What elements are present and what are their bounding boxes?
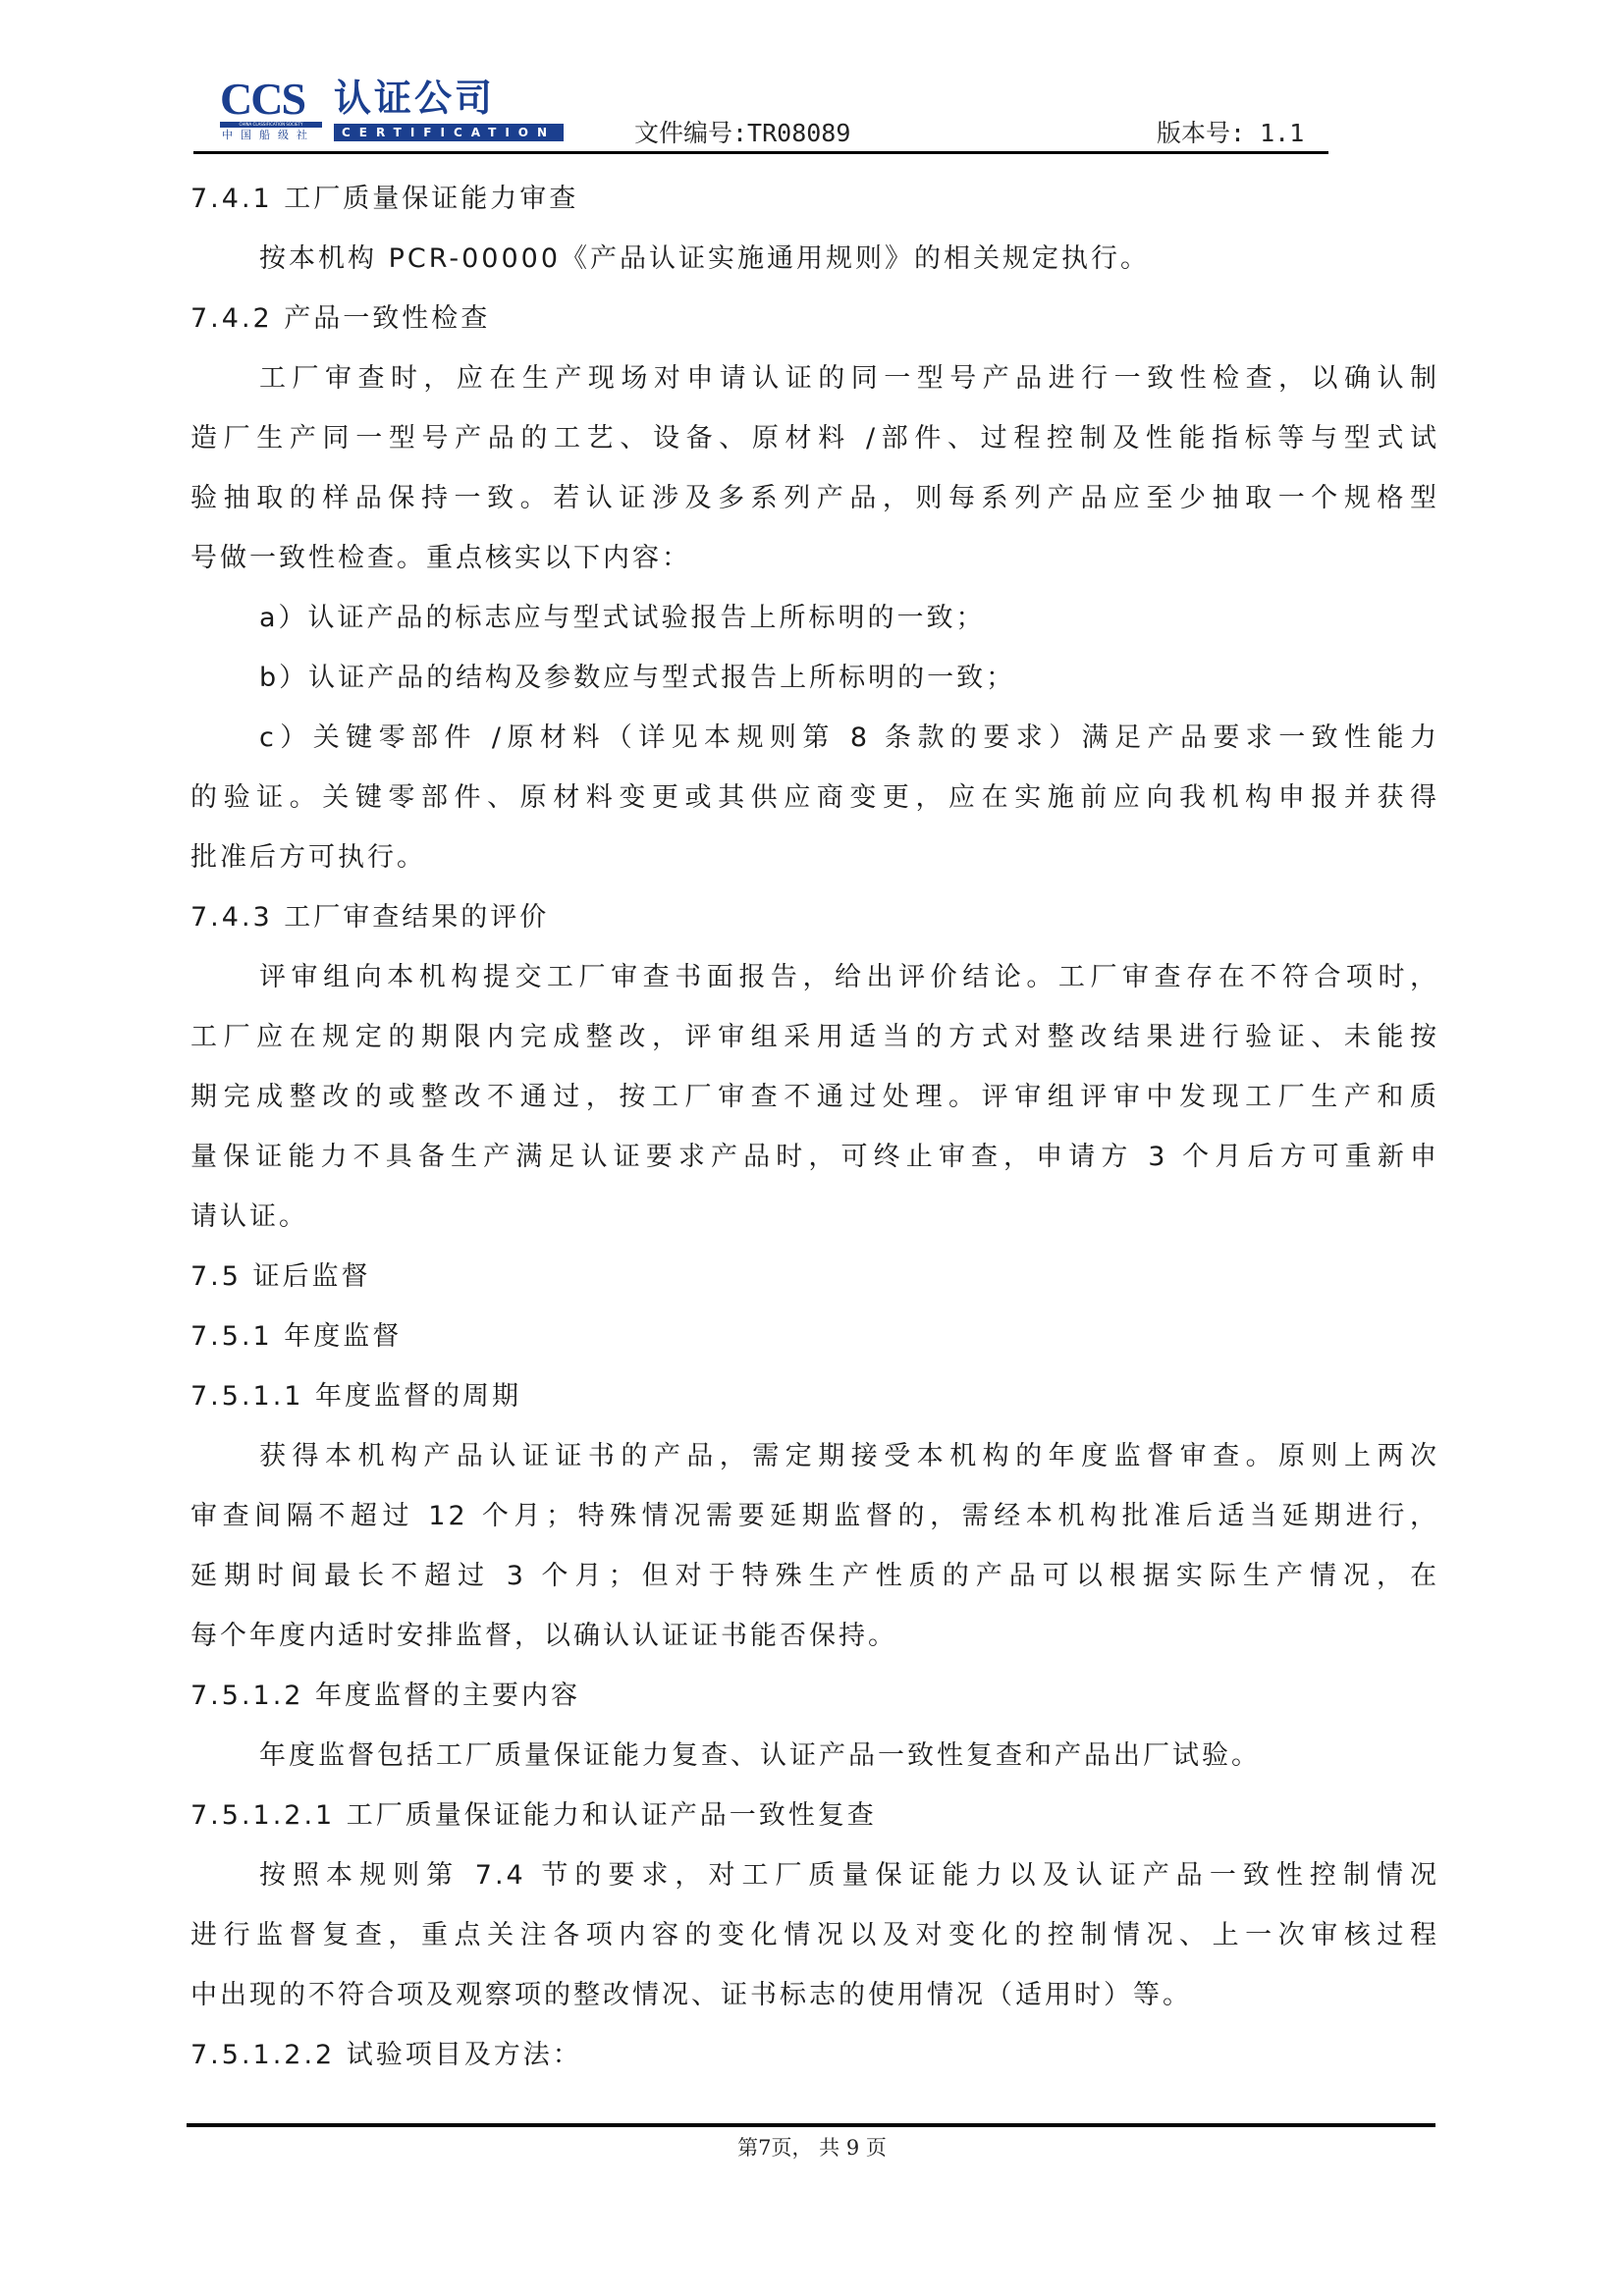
section-heading: 7.4.3 工厂审查结果的评价 [190,887,1443,947]
paragraph-line: 验抽取的样品保持一致。若认证涉及多系列产品，则每系列产品应至少抽取一个规格型 [190,468,1439,528]
paragraph-line: 工厂审查时，应在生产现场对申请认证的同一型号产品进行一致性检查，以确认制 [190,348,1439,408]
paragraph-line: 请认证。 [190,1187,1443,1247]
paragraph-line: 号做一致性检查。重点核实以下内容： [190,528,1443,588]
section-heading: 7.5.1.2.2 试验项目及方法： [190,2025,1443,2085]
section-heading: 7.4.2 产品一致性检查 [190,289,1443,348]
page-indicator: 第7页， 共 9 页 [0,2134,1624,2162]
logo-company-cn: 认证公司 [334,79,495,118]
paragraph-line: 年度监督包括工厂质量保证能力复查、认证产品一致性复查和产品出厂试验。 [190,1726,1443,1786]
section-heading: 7.5.1.2 年度监督的主要内容 [190,1666,1443,1726]
footer-divider [187,2123,1435,2127]
version-number: 版本号: 1.1 [1157,118,1304,149]
paragraph-line: c）关键零部件 /原材料（详见本规则第 8 条款的要求）满足产品要求一致性能力 [190,708,1439,768]
paragraph-line: 工厂应在规定的期限内完成整改，评审组采用适当的方式对整改结果进行验证、未能按 [190,1007,1439,1067]
paragraph-line: 审查间隔不超过 12 个月；特殊情况需要延期监督的，需经本机构批准后适当延期进行… [190,1486,1439,1546]
section-heading: 7.5 证后监督 [190,1247,1443,1307]
paragraph-line: b）认证产品的结构及参数应与型式报告上所标明的一致； [190,648,1443,708]
paragraph-line: 的验证。关键零部件、原材料变更或其供应商变更，应在实施前应向我机构申报并获得 [190,768,1439,828]
paragraph-line: 延期时间最长不超过 3 个月；但对于特殊生产性质的产品可以根据实际生产情况，在 [190,1546,1439,1606]
paragraph-line: 按照本规则第 7.4 节的要求，对工厂质量保证能力以及认证产品一致性控制情况 [190,1845,1439,1905]
section-heading: 7.5.1.2.1 工厂质量保证能力和认证产品一致性复查 [190,1786,1443,1845]
logo-company-en: CERTIFICATION [334,124,564,141]
paragraph-line: 期完成整改的或整改不通过，按工厂审查不通过处理。评审组评审中发现工厂生产和质 [190,1067,1439,1127]
document-number: 文件编号:TR08089 [634,118,850,149]
logo-ccs-abbr: CCS [220,77,304,122]
paragraph-line: 批准后方可执行。 [190,828,1443,887]
logo-society-en: CHINA CLASSIFICATION SOCIETY [220,122,322,128]
section-heading: 7.5.1.1 年度监督的周期 [190,1366,1443,1426]
paragraph-line: 中出现的不符合项及观察项的整改情况、证书标志的使用情况（适用时）等。 [190,1965,1443,2025]
document-body: 7.4.1 工厂质量保证能力审查按本机构 PCR-00000《产品认证实施通用规… [190,169,1443,2085]
paragraph-line: 进行监督复查，重点关注各项内容的变化情况以及对变化的控制情况、上一次审核过程 [190,1905,1439,1965]
logo-society-cn: 中国船级社 [222,130,322,141]
paragraph-line: 造厂生产同一型号产品的工艺、设备、原材料 /部件、过程控制及性能指标等与型式试 [190,408,1439,468]
paragraph-line: 按本机构 PCR-00000《产品认证实施通用规则》的相关规定执行。 [190,229,1443,289]
section-heading: 7.4.1 工厂质量保证能力审查 [190,169,1443,229]
ccs-certification-logo: CCS CHINA CLASSIFICATION SOCIETY 中国船级社 认… [220,77,569,145]
paragraph-line: 评审组向本机构提交工厂审查书面报告，给出评价结论。工厂审查存在不符合项时， [190,947,1439,1007]
paragraph-line: 获得本机构产品认证证书的产品，需定期接受本机构的年度监督审查。原则上两次 [190,1426,1439,1486]
header-divider [193,151,1328,154]
paragraph-line: 每个年度内适时安排监督，以确认认证证书能否保持。 [190,1606,1443,1666]
paragraph-line: a）认证产品的标志应与型式试验报告上所标明的一致； [190,588,1443,648]
paragraph-line: 量保证能力不具备生产满足认证要求产品时，可终止审查，申请方 3 个月后方可重新申 [190,1127,1439,1187]
section-heading: 7.5.1 年度监督 [190,1307,1443,1366]
